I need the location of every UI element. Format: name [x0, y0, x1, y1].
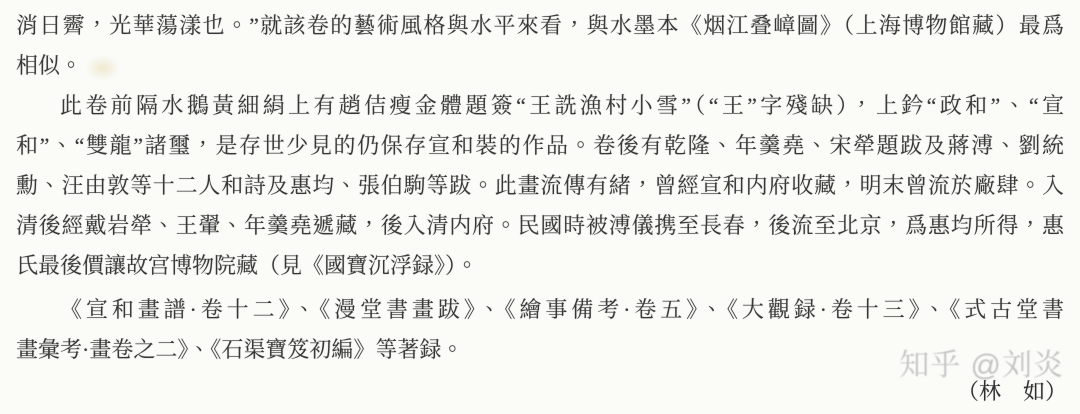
text-line: 氏最後價讓故宫博物院藏（見《國寶沉浮録》）。 — [16, 246, 1064, 286]
scanned-document-page: 消日霽，光華蕩漾也。”就該卷的藝術風格與水平來看，與水墨本《烟江叠嶂圖》（上海博… — [0, 0, 1080, 414]
document-text-block: 消日霽，光華蕩漾也。”就該卷的藝術風格與水平來看，與水墨本《烟江叠嶂圖》（上海博… — [16, 6, 1064, 370]
scan-smudge-artifact — [86, 56, 120, 80]
zhihu-watermark: 知乎 @刘炎 — [899, 349, 1064, 383]
author-attribution: （林 如） — [957, 379, 1067, 405]
paragraph-provenance: 此卷前隔水鵝黃細絹上有趙佶瘦金體題簽“王詵漁村小雪”（“王”字殘缺），上鈐“政和… — [16, 86, 1064, 286]
text-line: 清後經戴岩犖、王翬、年羹堯遞藏，後入清内府。民國時被溥儀携至長春，後流至北京，爲… — [16, 206, 1064, 246]
text-line: 此卷前隔水鵝黃細絹上有趙佶瘦金體題簽“王詵漁村小雪”（“王”字殘缺），上鈐“政和… — [16, 86, 1064, 126]
text-line: 勳、汪由敦等十二人和詩及惠均、張伯駒等跋。此畫流傳有緒，曾經宣和内府收藏，明末曾… — [16, 166, 1064, 206]
paragraph-style-comparison: 消日霽，光華蕩漾也。”就該卷的藝術風格與水平來看，與水墨本《烟江叠嶂圖》（上海博… — [16, 6, 1064, 86]
text-line: 相似。 — [16, 46, 1064, 86]
text-line: 《宣和畫譜·卷十二》、《漫堂書畫跋》、《繪事備考·卷五》、《大觀録·卷十三》、《… — [16, 290, 1064, 330]
text-line: 和”、“雙龍”諸璽，是存世少見的仍保存宣和裝的作品。卷後有乾隆、年羹堯、宋犖題跋… — [16, 126, 1064, 166]
text-line: 消日霽，光華蕩漾也。”就該卷的藝術風格與水平來看，與水墨本《烟江叠嶂圖》（上海博… — [16, 6, 1064, 46]
